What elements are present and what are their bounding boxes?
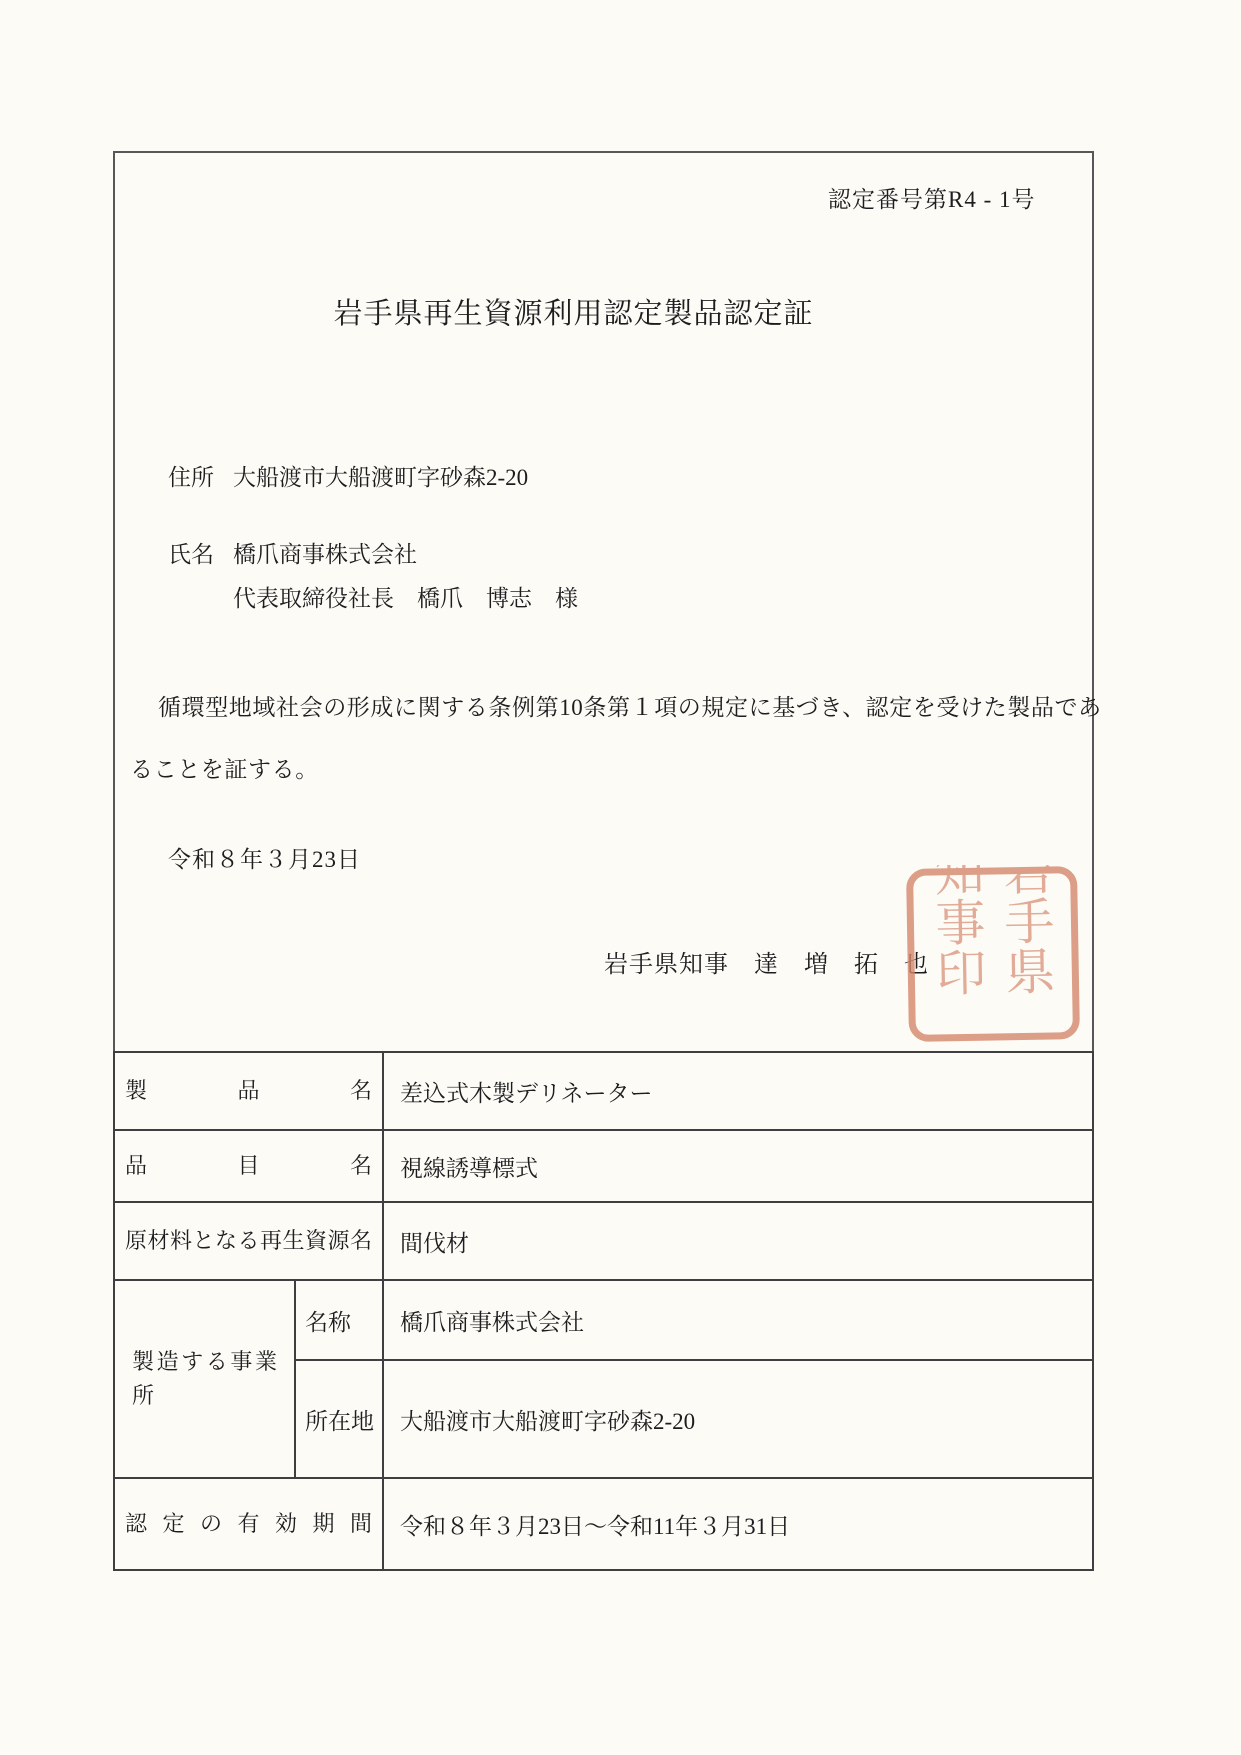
row-label: 製造する事業所 xyxy=(115,1345,294,1413)
seal-text-left: 知事印 xyxy=(927,865,986,997)
issue-date: 令和８年３月23日 xyxy=(168,841,361,874)
subrow-label: 所在地 xyxy=(296,1361,384,1477)
governor-seal-icon: 岩手県 知事印 xyxy=(905,865,1081,1043)
manufacturer-subtable: 名称 橋爪商事株式会社 所在地 大船渡市大船渡町字砂森2-20 xyxy=(296,1281,1092,1477)
company-name: 橋爪商事株式会社 xyxy=(233,536,417,569)
subrow-label: 名称 xyxy=(296,1281,384,1359)
row-label-cell: 認定の有効期間 xyxy=(115,1479,384,1569)
row-value: 視線誘導標式 xyxy=(384,1131,1092,1201)
name-label: 氏名 xyxy=(168,536,214,569)
body-paragraph-line2: ることを証する。 xyxy=(130,751,319,784)
table-row-product-name: 製品名 差込式木製デリネーター xyxy=(115,1053,1092,1129)
address-label: 住所 xyxy=(168,459,214,492)
governor-signature: 岩手県知事 達 増 拓 也 xyxy=(604,944,929,979)
row-label-cell: 製造する事業所 xyxy=(115,1281,296,1477)
row-label-cell: 製品名 xyxy=(115,1053,384,1129)
row-label: 原材料となる再生資源名 xyxy=(115,1224,382,1258)
table-row-valid-period: 認定の有効期間 令和８年３月23日～令和11年３月31日 xyxy=(115,1477,1092,1569)
body-paragraph-line1: 循環型地域社会の形成に関する条例第10条第１項の規定に基づき、認定を受けた製品で… xyxy=(158,689,1102,722)
certificate-table: 製品名 差込式木製デリネーター 品目名 視線誘導標式 原材料となる再生資源名 間… xyxy=(113,1051,1094,1571)
document-title: 岩手県再生資源利用認定製品認定証 xyxy=(85,291,1062,332)
row-value: 間伐材 xyxy=(384,1203,1092,1279)
representative-line: 代表取締役社長 橋爪 博志 様 xyxy=(233,580,578,613)
row-value: 令和８年３月23日～令和11年３月31日 xyxy=(384,1479,1092,1569)
table-row-item-name: 品目名 視線誘導標式 xyxy=(115,1129,1092,1201)
subrow-location: 所在地 大船渡市大船渡町字砂森2-20 xyxy=(296,1359,1092,1477)
row-label: 品目名 xyxy=(115,1149,382,1183)
subrow-value: 橋爪商事株式会社 xyxy=(384,1281,1092,1359)
row-label-cell: 品目名 xyxy=(115,1131,384,1201)
row-label: 認定の有効期間 xyxy=(115,1507,382,1541)
subrow-name: 名称 橋爪商事株式会社 xyxy=(296,1281,1092,1359)
row-label-cell: 原材料となる再生資源名 xyxy=(115,1203,384,1279)
table-row-manufacturer: 製造する事業所 名称 橋爪商事株式会社 所在地 大船渡市大船渡町字砂森2-20 xyxy=(115,1279,1092,1477)
seal-text-right: 岩手県 xyxy=(996,865,1055,996)
certificate-page: 認定番号第R4 - 1号 岩手県再生資源利用認定製品認定証 住所 大船渡市大船渡… xyxy=(0,0,1241,1755)
cert-number: 認定番号第R4 - 1号 xyxy=(828,181,1036,214)
address-value: 大船渡市大船渡町字砂森2-20 xyxy=(233,459,528,492)
row-value: 差込式木製デリネーター xyxy=(384,1053,1092,1129)
subrow-value: 大船渡市大船渡町字砂森2-20 xyxy=(384,1361,1092,1477)
row-label: 製品名 xyxy=(115,1074,382,1108)
table-row-raw-material: 原材料となる再生資源名 間伐材 xyxy=(115,1201,1092,1279)
